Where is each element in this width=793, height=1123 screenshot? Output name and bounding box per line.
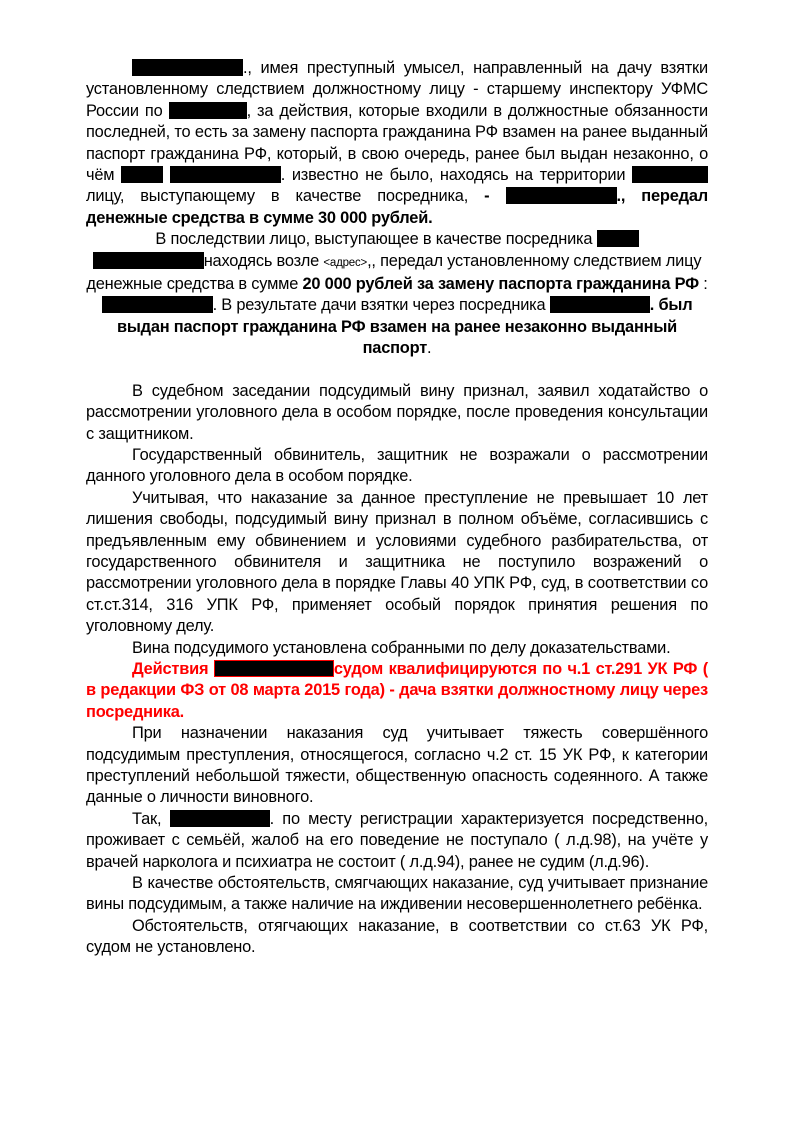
redaction-box [102,296,213,313]
paragraph-guilt-established: Вина подсудимого установлена собранными … [86,638,708,659]
paragraph-mitigating: В качестве обстоятельств, смягчающих нак… [86,873,708,916]
redaction-box [506,187,617,204]
paragraph-intermediary: В последствии лицо, выступающее в качест… [86,229,708,359]
redaction-box [121,166,163,183]
redaction-box [214,660,334,677]
redaction-box [169,102,247,119]
paragraph-qualification: Действия судом квалифицируются по ч.1 ст… [86,659,708,723]
address-placeholder: <адрес> [323,257,367,269]
redaction-box [93,252,204,269]
paragraph-bribe-intent: ., имея преступный умысел, направленный … [86,58,708,229]
redaction-box [170,810,270,827]
document-page: ., имея преступный умысел, направленный … [86,58,708,959]
redaction-box [597,230,639,247]
redaction-box [170,166,281,183]
paragraph-characteristics: Так, . по месту регистрации характеризуе… [86,809,708,873]
paragraph-sentencing-factors: При назначении наказания суд учитывает т… [86,723,708,809]
paragraph-aggravating: Обстоятельств, отягчающих наказание, в с… [86,916,708,959]
redaction-box [132,59,243,76]
redaction-box [550,296,650,313]
paragraph-guilty-plea: В судебном заседании подсудимый вину при… [86,381,708,445]
redaction-box [632,166,708,183]
paragraph-no-objections: Государственный обвинитель, защитник не … [86,445,708,488]
paragraph-special-procedure: Учитывая, что наказание за данное престу… [86,488,708,638]
